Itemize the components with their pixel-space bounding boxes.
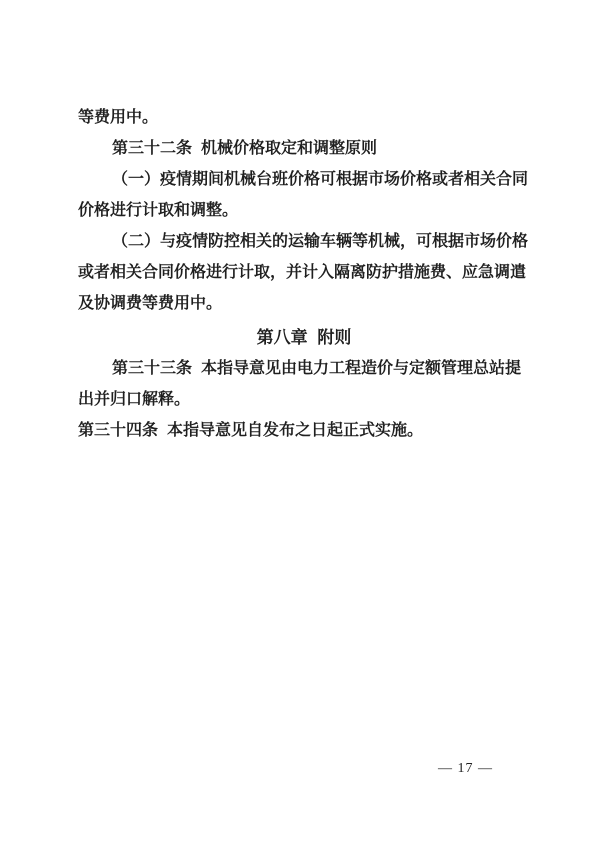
document-page: 等费用中。第三十二条 机械价格取定和调整原则（一）疫情期间机械台班价格可根据市场… <box>0 0 605 855</box>
text-line: （一）疫情期间机械台班价格可根据市场价格或者相关合同 <box>78 164 530 195</box>
text-line: 第三十四条 本指导意见自发布之日起正式实施。 <box>78 415 530 446</box>
page-number: — 17 — <box>438 760 493 778</box>
chapter-heading: 第八章 附则 <box>78 322 530 353</box>
text-line: 等费用中。 <box>78 102 530 133</box>
text-line: （二）与疫情防控相关的运输车辆等机械，可根据市场价格 <box>78 226 530 257</box>
text-line: 及协调费等费用中。 <box>78 288 530 319</box>
document-body: 等费用中。第三十二条 机械价格取定和调整原则（一）疫情期间机械台班价格可根据市场… <box>78 102 530 446</box>
text-line: 第三十三条 本指导意见由电力工程造价与定额管理总站提 <box>78 353 530 384</box>
text-line: 价格进行计取和调整。 <box>78 195 530 226</box>
text-line: 或者相关合同价格进行计取，并计入隔离防护措施费、应急调遣 <box>78 257 530 288</box>
text-line: 第三十二条 机械价格取定和调整原则 <box>78 133 530 164</box>
text-line: 出并归口解释。 <box>78 384 530 415</box>
